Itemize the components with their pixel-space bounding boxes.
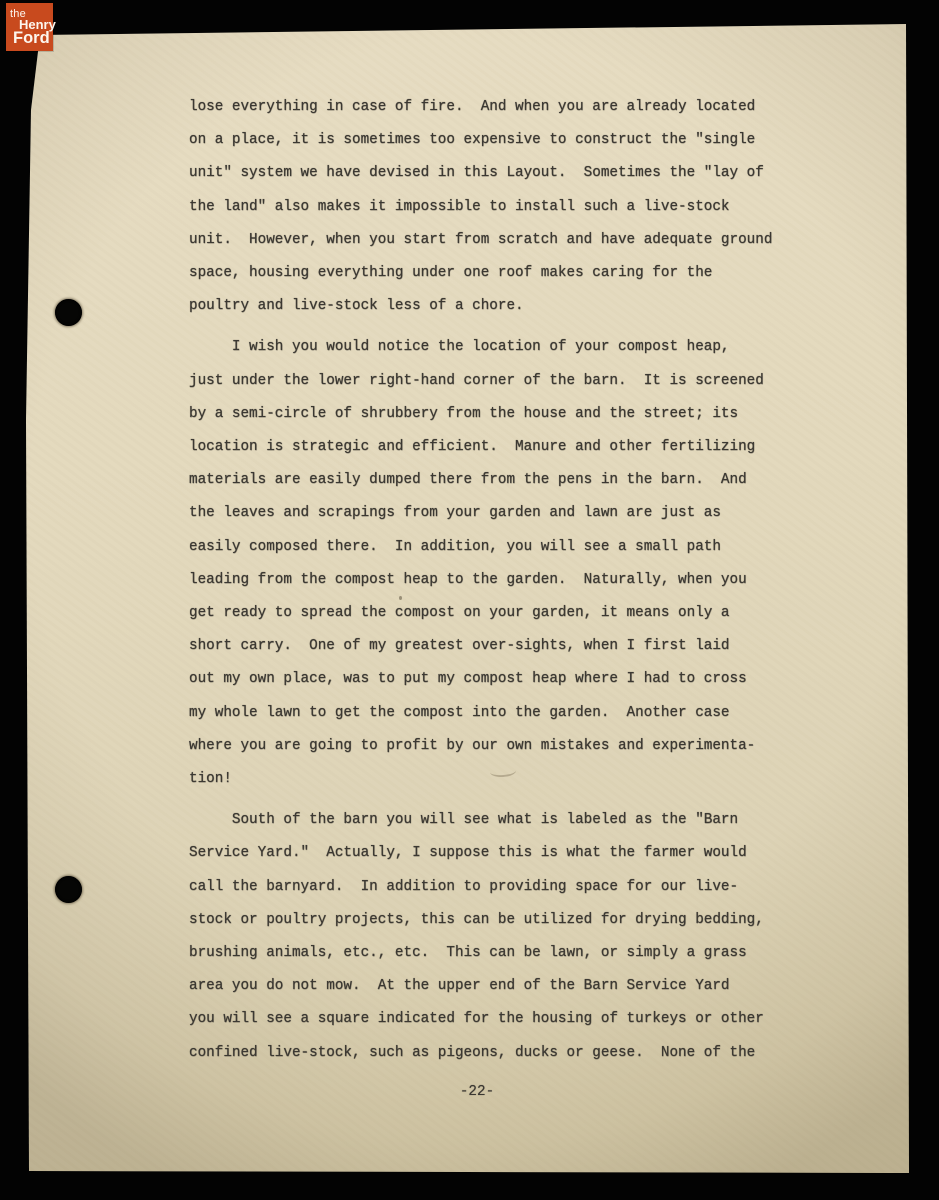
paragraph-3: South of the barn you will see what is l…	[189, 804, 772, 1070]
henry-ford-logo: the Henry Ford	[6, 3, 53, 51]
logo-text-ford: Ford	[13, 30, 50, 47]
ink-speck	[399, 596, 402, 600]
page-number: -22-	[189, 1076, 765, 1109]
typewritten-text: lose everything in case of fire. And whe…	[189, 91, 772, 1078]
paragraph-2: I wish you would notice the location of …	[189, 331, 772, 796]
punch-hole-bottom	[55, 876, 82, 903]
punch-hole-top	[55, 299, 82, 326]
scanned-document-view: the Henry Ford lose everything in case o…	[0, 0, 939, 1200]
paragraph-1: lose everything in case of fire. And whe…	[189, 91, 772, 323]
